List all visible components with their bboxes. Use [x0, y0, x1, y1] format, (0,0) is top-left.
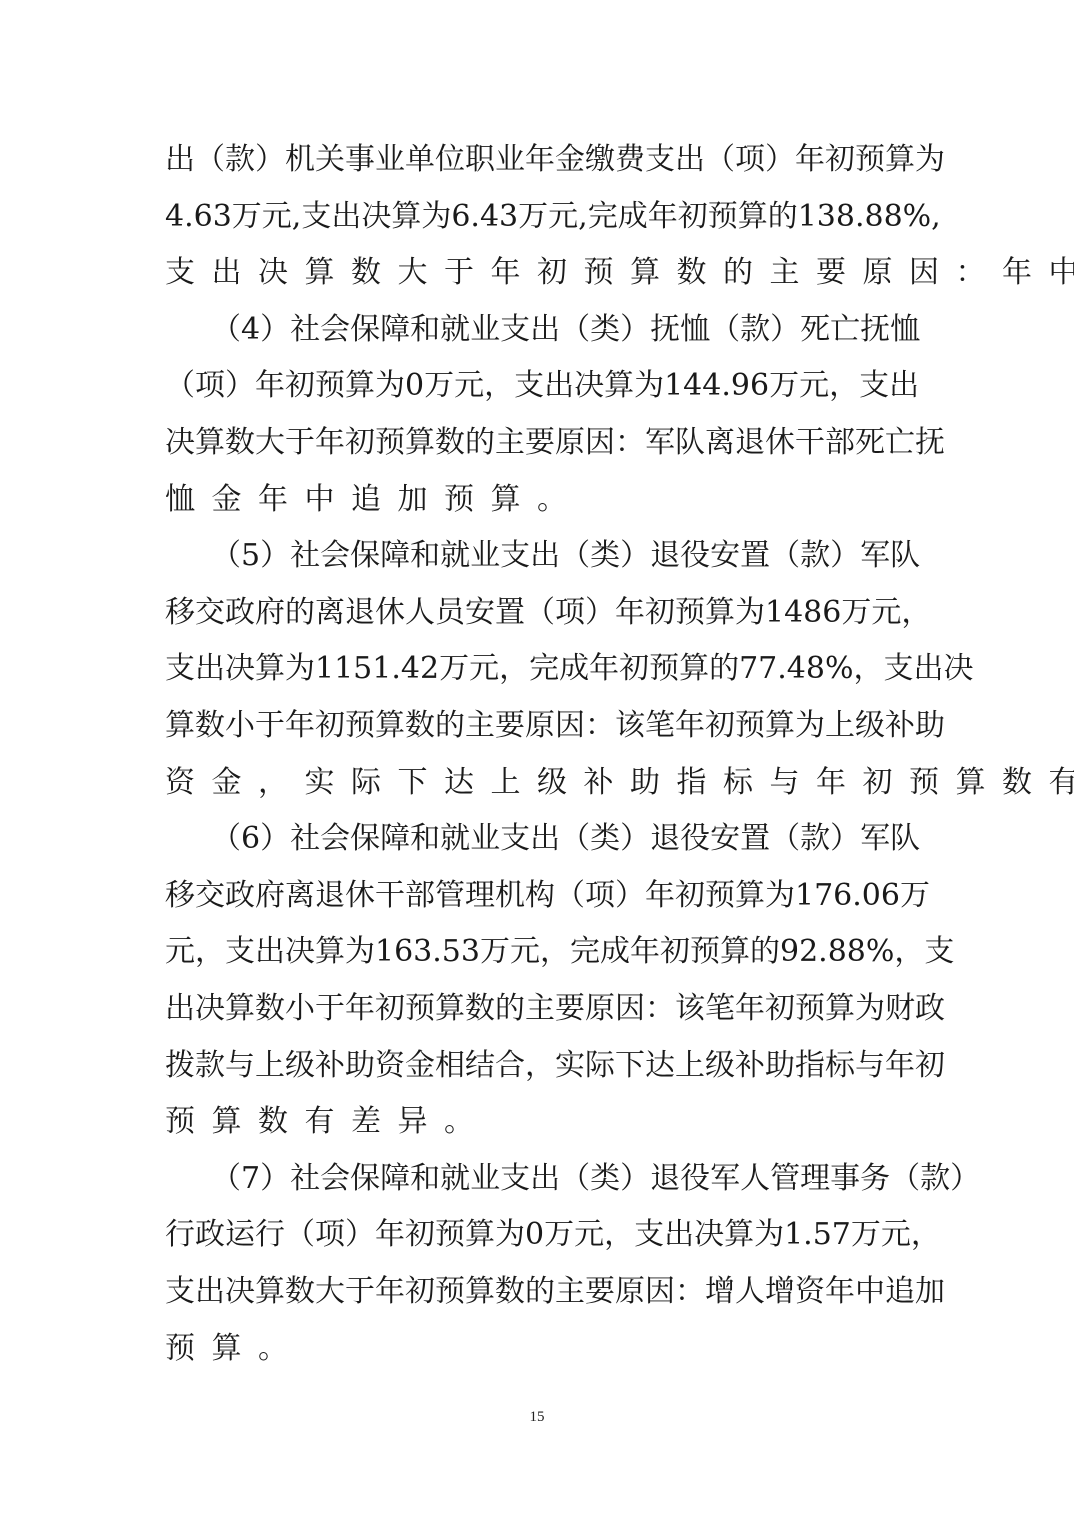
text-line: 移交政府的离退休人员安置（项）年初预算为 1486万元，: [165, 590, 913, 636]
text-line: （项）年初预算为 0万元，支出决算为144.96万元，支出: [165, 363, 913, 409]
text-line: 支出决算为1151.42万元，完成年初预算的77.48%，支出决: [165, 646, 913, 692]
text-line: 4.63万元,支出决算为6.43万元,完成年初预算的138.88%,: [165, 194, 913, 240]
text-line: 预算。: [165, 1326, 913, 1372]
text-line: 移交政府离退休干部管理机构（项）年初预算为176.06万: [165, 873, 913, 919]
text-line: （5）社会保障和就业支出（类）退役安置（款）军队: [211, 533, 913, 579]
text-line: 恤金年中追加预算。: [165, 477, 913, 523]
text-line: 出决算数小于年初预算数的主要原因：该笔年初预算为财政: [165, 986, 913, 1032]
text-line: （4）社会保障和就业支出（类）抚恤（款）死亡抚恤: [211, 307, 913, 353]
text-line: 决算数大于年初预算数的主要原因：军队离退休干部死亡抚: [165, 420, 913, 466]
document-page: 出（款）机关事业单位职业年金缴费支出（项）年初预算为4.63万元,支出决算为6.…: [0, 0, 1074, 1520]
page-number: 15: [0, 1409, 1074, 1426]
text-line: 资金，实际下达上级补助指标与年初预算数有差异。: [165, 760, 913, 806]
text-line: 出（款）机关事业单位职业年金缴费支出（项）年初预算为: [165, 137, 913, 183]
text-line: （7）社会保障和就业支出（类）退役军人管理事务（款）: [211, 1156, 913, 1202]
text-line: 支出决算数大于年初预算数的主要原因：增人增资年中追加: [165, 1269, 913, 1315]
text-line: 算数小于年初预算数的主要原因：该笔年初预算为上级补助: [165, 703, 913, 749]
text-line: 预算数有差异。: [165, 1099, 913, 1145]
text-line: 元，支出决算为163.53万元，完成年初预算的92.88%，支: [165, 929, 913, 975]
text-line: 拨款与上级补助资金相结合，实际下达上级补助指标与年初: [165, 1043, 913, 1089]
text-line: 支出决算数大于年初预算数的主要原因：年中预算调整。: [165, 250, 913, 296]
text-line: 行政运行（项）年初预算为0万元，支出决算为1.57万元，: [165, 1212, 913, 1258]
text-line: （6）社会保障和就业支出（类）退役安置（款）军队: [211, 816, 913, 862]
